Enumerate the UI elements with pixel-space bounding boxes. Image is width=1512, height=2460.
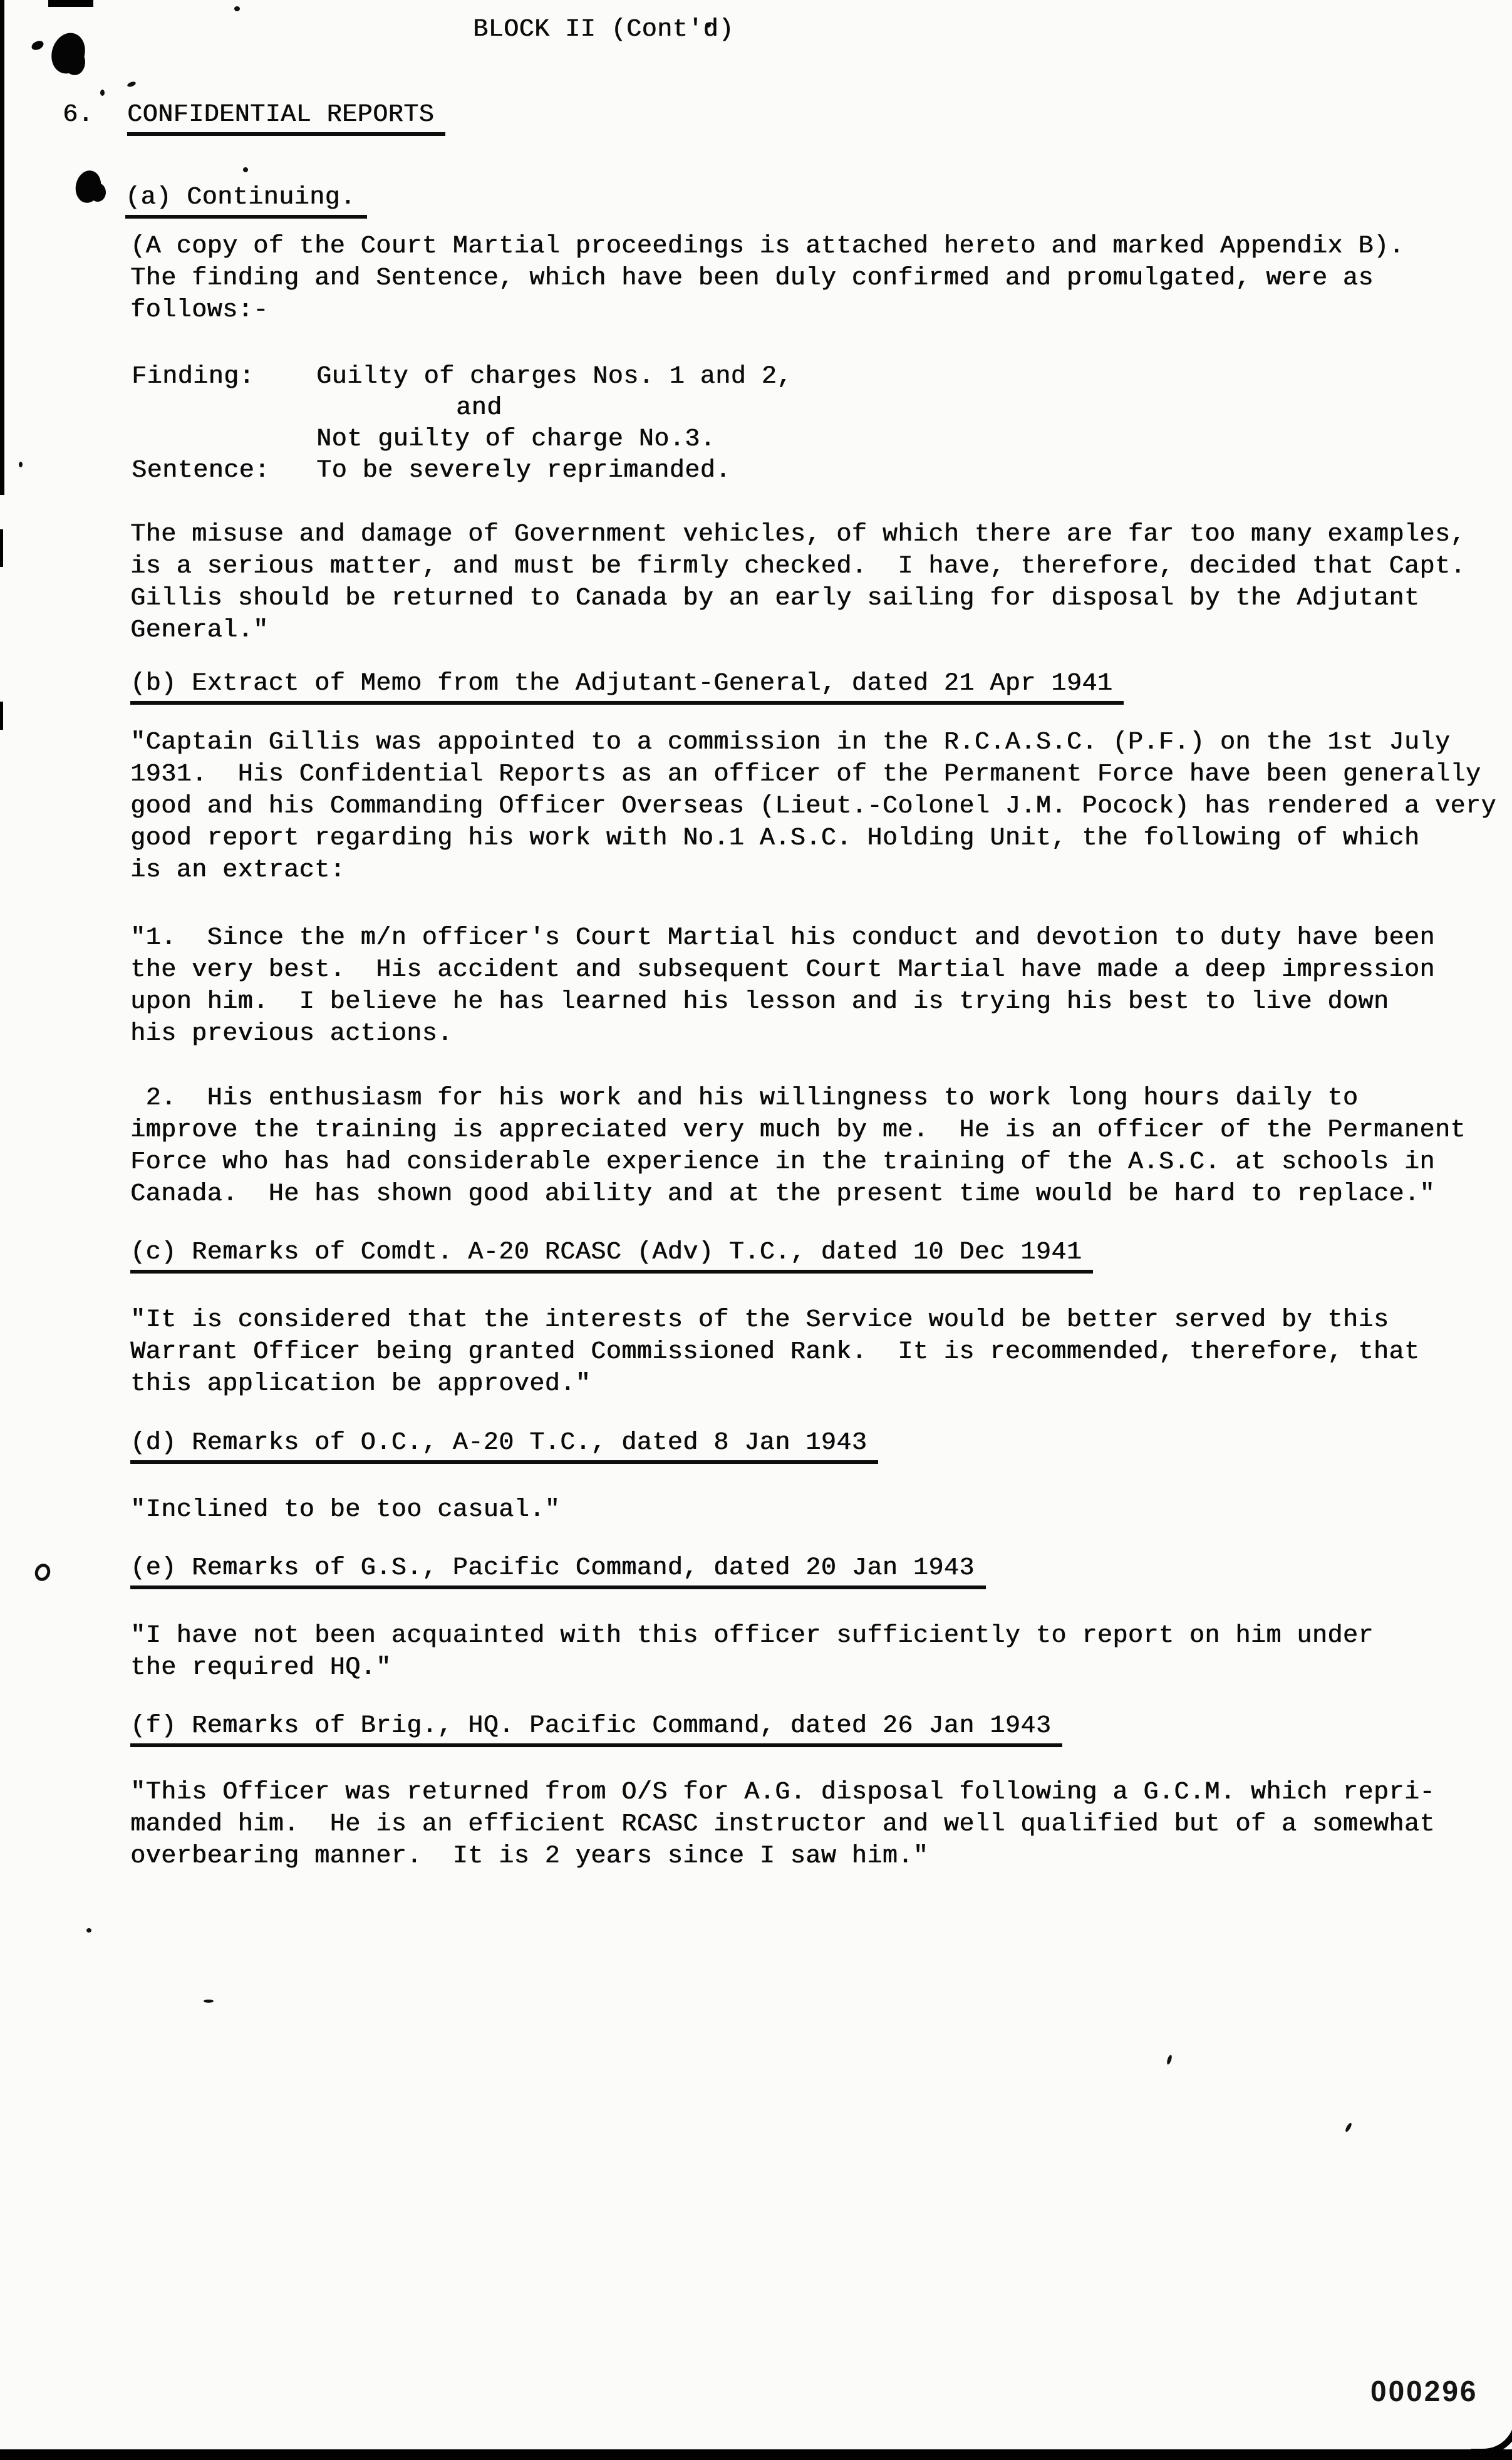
scan-edge-line: [0, 0, 4, 495]
finding-line-1: Guilty of charges Nos. 1 and 2,: [316, 361, 792, 393]
ink-blob: [64, 49, 85, 75]
subsection-a-paragraph-1: (A copy of the Court Martial proceedings…: [130, 231, 1404, 326]
subsection-e-heading: (e) Remarks of G.S., Pacific Command, da…: [130, 1552, 986, 1589]
speck: [86, 1928, 91, 1933]
ink-streak: [48, 0, 93, 7]
scan-edge-mark: [0, 702, 3, 730]
finding-and: and: [456, 392, 502, 424]
speck: [19, 462, 23, 467]
finding-label: Finding:: [132, 361, 254, 393]
scan-corner-curve: [1471, 2405, 1512, 2455]
subsection-b-paragraph-1: "Captain Gillis was appointed to a commi…: [130, 727, 1496, 886]
subsection-c-heading: (c) Remarks of Comdt. A-20 RCASC (Adv) T…: [130, 1237, 1093, 1274]
subsection-c-paragraph-1: "It is considered that the interests of …: [130, 1304, 1419, 1400]
page-header: BLOCK II (Cont'd): [473, 14, 734, 46]
sentence-label: Sentence:: [132, 455, 270, 487]
item-number: 6.: [63, 99, 93, 131]
speck: [127, 81, 137, 88]
item-title: CONFIDENTIAL REPORTS: [127, 99, 445, 136]
subsection-d-heading: (d) Remarks of O.C., A-20 T.C., dated 8 …: [130, 1427, 878, 1464]
scan-edge-mark: [0, 529, 3, 567]
subsection-d-paragraph-1: "Inclined to be too casual.": [130, 1494, 560, 1526]
ink-blob-over-a: [90, 183, 106, 202]
subsection-b-paragraph-3: 2. His enthusiasm for his work and his w…: [130, 1082, 1466, 1210]
speck: [100, 90, 105, 96]
scan-bottom-edge: [0, 2449, 1512, 2460]
speck: [1166, 2054, 1173, 2065]
speck: [1344, 2122, 1352, 2133]
archive-stamp-number: 000296: [1370, 2374, 1478, 2408]
ink-mark: [30, 39, 45, 51]
subsection-a-heading: (a) Continuing.: [125, 182, 367, 219]
subsection-b-heading: (b) Extract of Memo from the Adjutant-Ge…: [130, 668, 1124, 705]
subsection-e-paragraph-1: "I have not been acquainted with this of…: [130, 1620, 1374, 1684]
ink-ring-mark: [33, 1562, 53, 1584]
subsection-a-paragraph-2: The misuse and damage of Government vehi…: [130, 519, 1466, 646]
subsection-f-heading: (f) Remarks of Brig., HQ. Pacific Comman…: [130, 1710, 1062, 1747]
finding-line-2: Not guilty of charge No.3.: [316, 423, 715, 455]
sentence-text: To be severely reprimanded.: [316, 455, 731, 487]
subsection-f-paragraph-1: "This Officer was returned from O/S for …: [130, 1777, 1435, 1872]
speck: [243, 167, 248, 172]
document-page: BLOCK II (Cont'd) 6. CONFIDENTIAL REPORT…: [0, 0, 1512, 2460]
speck: [234, 6, 240, 11]
speck: [204, 2000, 214, 2003]
subsection-b-paragraph-2: "1. Since the m/n officer's Court Martia…: [130, 922, 1435, 1050]
